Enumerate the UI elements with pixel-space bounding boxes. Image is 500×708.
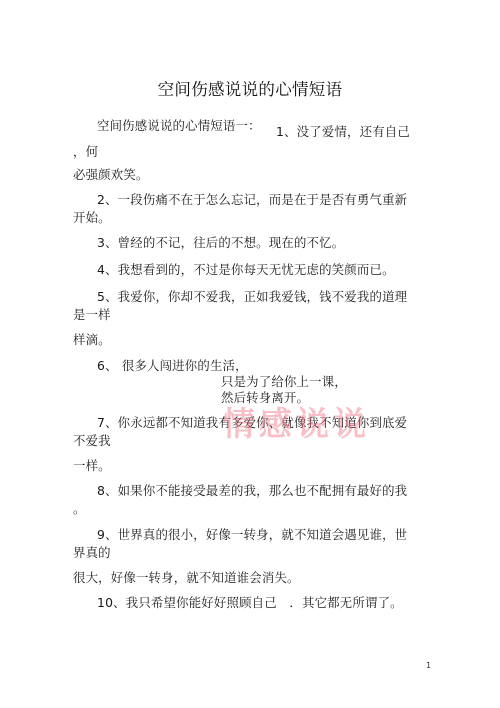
text-line: 3、曾经的不记，往后的不想。现在的不忆。 xyxy=(97,235,344,251)
text-line: 9、世界真的很小，好像一转身，就不知道会遇见谁，世 xyxy=(97,527,407,543)
document-title: 空间伤感说说的心情短语 xyxy=(0,76,500,100)
page-number: 1 xyxy=(426,661,431,670)
text-line: 4、我想看到的，不过是你每天无忧无虑的笑颜而已。 xyxy=(97,262,395,278)
text-line: 8、如果你不能接受最差的我，那么也不配拥有最好的我 xyxy=(97,483,407,499)
text-line: 一样。 xyxy=(73,458,111,474)
text-line: 10、我只希望你能好好照顾自己 ．其它都无所谓了。 xyxy=(97,595,403,611)
text-line: ，何 xyxy=(73,144,98,160)
text-line: 5、我爱你，你却不爱我，正如我爱钱，钱不爱我的道理 xyxy=(97,289,407,305)
text-line: 7、你永远都不知道我有多爱你、就像我不知道你到底爱 xyxy=(97,415,407,431)
text-line: 6、 很多人闯进你的生活， xyxy=(97,358,248,374)
text-line: 必强颜欢笑。 xyxy=(73,167,149,183)
text-line: 是一样 xyxy=(73,307,111,323)
text-line: 。 xyxy=(73,501,86,517)
text-line: 然后转身离开。 xyxy=(221,390,309,406)
text-line: 不爱我 xyxy=(73,433,111,449)
text-line: 样滴。 xyxy=(73,332,111,348)
text-line: 1、没了爱情，还有自己 xyxy=(276,124,410,140)
section-heading: 空间伤感说说的心情短语一： xyxy=(97,118,261,134)
text-line: 开始。 xyxy=(73,210,111,226)
text-line: 界真的 xyxy=(73,545,111,561)
text-line: 只是为了给你上一课， xyxy=(221,374,347,390)
text-line: 2、一段伤痛不在于怎么忘记，而是在于是否有勇气重新 xyxy=(97,192,407,208)
document-page: 空间伤感说说的心情短语 空间伤感说说的心情短语一： 1、没了爱情，还有自己，何必… xyxy=(0,0,500,708)
text-line: 很大，好像一转身，就不知道谁会消失。 xyxy=(73,570,300,586)
